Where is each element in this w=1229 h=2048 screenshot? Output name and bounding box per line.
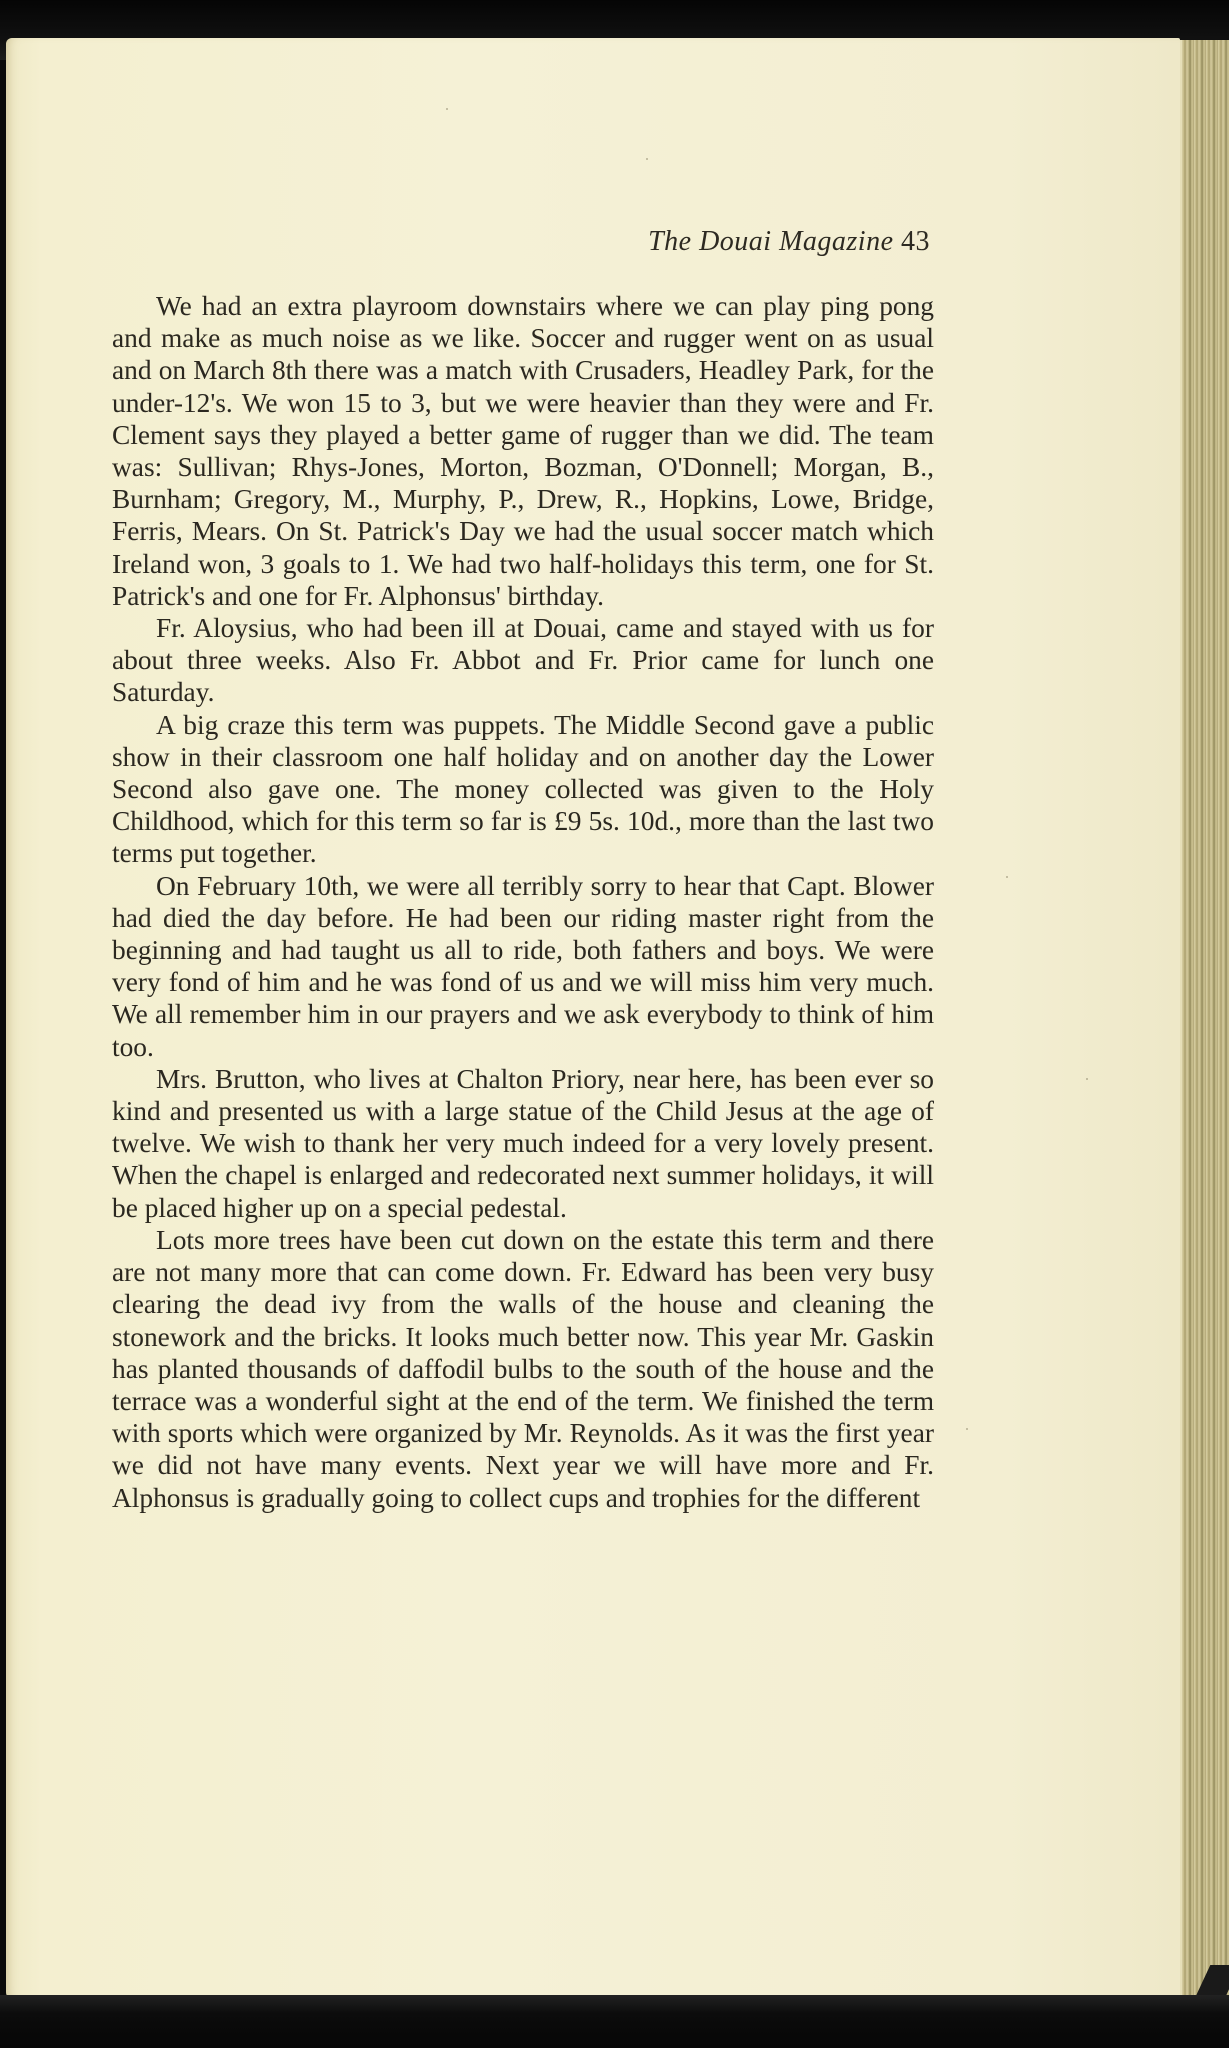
paper-speck	[1006, 876, 1008, 878]
body-text: We had an extra playroom downstairs wher…	[112, 290, 934, 1514]
book-scan: The Douai Magazine 43 We had an extra pl…	[0, 0, 1229, 2048]
paper-speck	[646, 158, 648, 160]
paper-speck	[446, 108, 448, 110]
paragraph-sports: We had an extra playroom downstairs wher…	[112, 290, 934, 612]
page-number: 43	[901, 226, 930, 257]
page-edges-stack	[1180, 40, 1229, 1995]
paragraph-estate: Lots more trees have been cut down on th…	[112, 1224, 934, 1514]
paragraph-mrs-brutton: Mrs. Brutton, who lives at Chalton Prior…	[112, 1063, 934, 1224]
book-cover-bottom	[0, 1995, 1229, 2048]
paragraph-visitors: Fr. Aloysius, who had been ill at Douai,…	[112, 612, 934, 709]
paragraph-puppets: A big craze this term was puppets. The M…	[112, 709, 934, 870]
paragraph-capt-blower: On February 10th, we were all terribly s…	[112, 870, 934, 1063]
running-header: The Douai Magazine 43	[560, 226, 930, 258]
magazine-title: The Douai Magazine	[648, 226, 893, 257]
paper-speck	[966, 1428, 968, 1430]
paper-speck	[1086, 1078, 1088, 1080]
